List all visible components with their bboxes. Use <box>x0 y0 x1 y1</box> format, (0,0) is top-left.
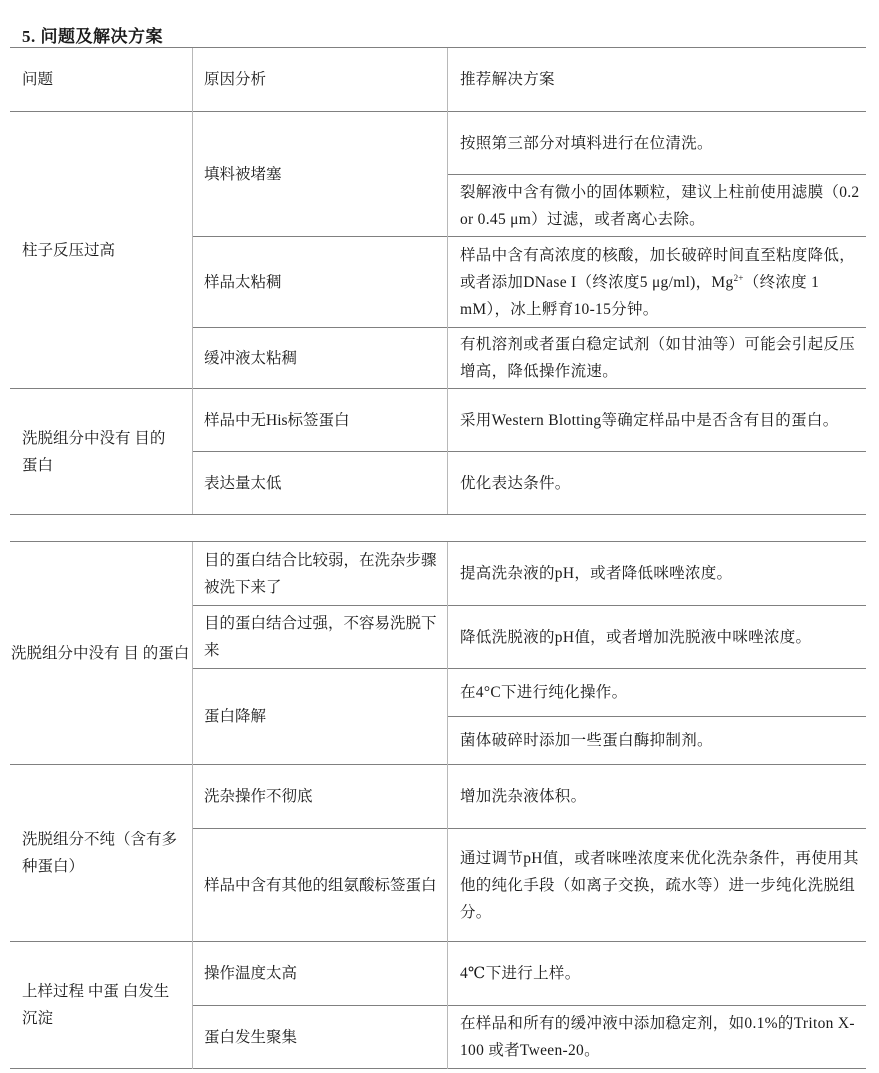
column-divider <box>192 542 193 1069</box>
problem-cell: 洗脱组分不纯（含有多种蛋白） <box>22 765 187 941</box>
cause-cell: 填料被堵塞 <box>204 112 442 236</box>
cause-cell: 蛋白降解 <box>204 669 442 764</box>
solution-cell: 通过调节pH值，或者咪唑浓度来优化洗杂条件，再使用其他的纯化手段（如离子交换，疏… <box>460 829 860 941</box>
cause-cell: 缓冲液太粘稠 <box>204 328 442 388</box>
table-bottom-border <box>10 1068 866 1069</box>
cause-cell: 样品中含有其他的组氨酸标签蛋白 <box>204 829 442 941</box>
section-title: 5. 问题及解决方案 <box>22 22 163 47</box>
cause-cell: 表达量太低 <box>204 452 442 514</box>
solution-cell: 优化表达条件。 <box>460 452 860 514</box>
cause-cell: 蛋白发生聚集 <box>204 1006 442 1068</box>
solution-cell: 菌体破碎时添加一些蛋白酶抑制剂。 <box>460 717 860 764</box>
cause-cell: 洗杂操作不彻底 <box>204 765 442 828</box>
cause-cell: 目的蛋白结合比较弱，在洗杂步骤被洗下来了 <box>204 542 442 605</box>
solution-cell: 裂解液中含有微小的固体颗粒，建议上柱前使用滤膜（0.2 or 0.45 μm）过… <box>460 175 860 236</box>
cause-cell: 样品太粘稠 <box>204 237 442 327</box>
solution-cell: 在4°C下进行纯化操作。 <box>460 669 860 716</box>
solution-cell: 有机溶剂或者蛋白稳定试剂（如甘油等）可能会引起反压增高，降低操作流速。 <box>460 328 860 388</box>
header-problem: 问题 <box>22 48 187 111</box>
cause-cell: 样品中无His标签蛋白 <box>204 389 442 451</box>
solution-cell: 降低洗脱液的pH值，或者增加洗脱液中咪唑浓度。 <box>460 606 860 668</box>
cause-cell: 目的蛋白结合过强，不容易洗脱下来 <box>204 606 442 668</box>
solution-cell: 提高洗杂液的pH，或者降低咪唑浓度。 <box>460 542 860 605</box>
column-divider <box>447 542 448 1069</box>
solution-cell: 4℃下进行上样。 <box>460 942 860 1005</box>
solution-cell: 在样品和所有的缓冲液中添加稳定剂，如0.1%的Triton X-100 或者Tw… <box>460 1006 860 1068</box>
problem-cell: 洗脱组分中没有 目 的蛋白 <box>11 542 191 764</box>
column-divider <box>192 48 193 514</box>
cause-cell: 操作温度太高 <box>204 942 442 1005</box>
superscript: 2+ <box>734 272 744 282</box>
table-bottom-border <box>10 514 866 515</box>
problem-cell: 柱子反压过高 <box>22 112 187 388</box>
header-solution: 推荐解决方案 <box>460 48 860 111</box>
solution-cell: 增加洗杂液体积。 <box>460 765 860 828</box>
column-divider <box>447 48 448 514</box>
solution-cell: 按照第三部分对填料进行在位清洗。 <box>460 112 860 174</box>
solution-cell: 采用Western Blotting等确定样品中是否含有目的蛋白。 <box>460 389 860 451</box>
header-cause: 原因分析 <box>204 48 442 111</box>
solution-cell: 样品中含有高浓度的核酸，加长破碎时间直至粘度降低，或者添加DNase I（终浓度… <box>460 237 860 327</box>
problem-cell: 上样过程 中蛋 白发生沉淀 <box>22 942 182 1068</box>
problem-cell: 洗脱组分中没有 目的蛋白 <box>22 389 172 514</box>
